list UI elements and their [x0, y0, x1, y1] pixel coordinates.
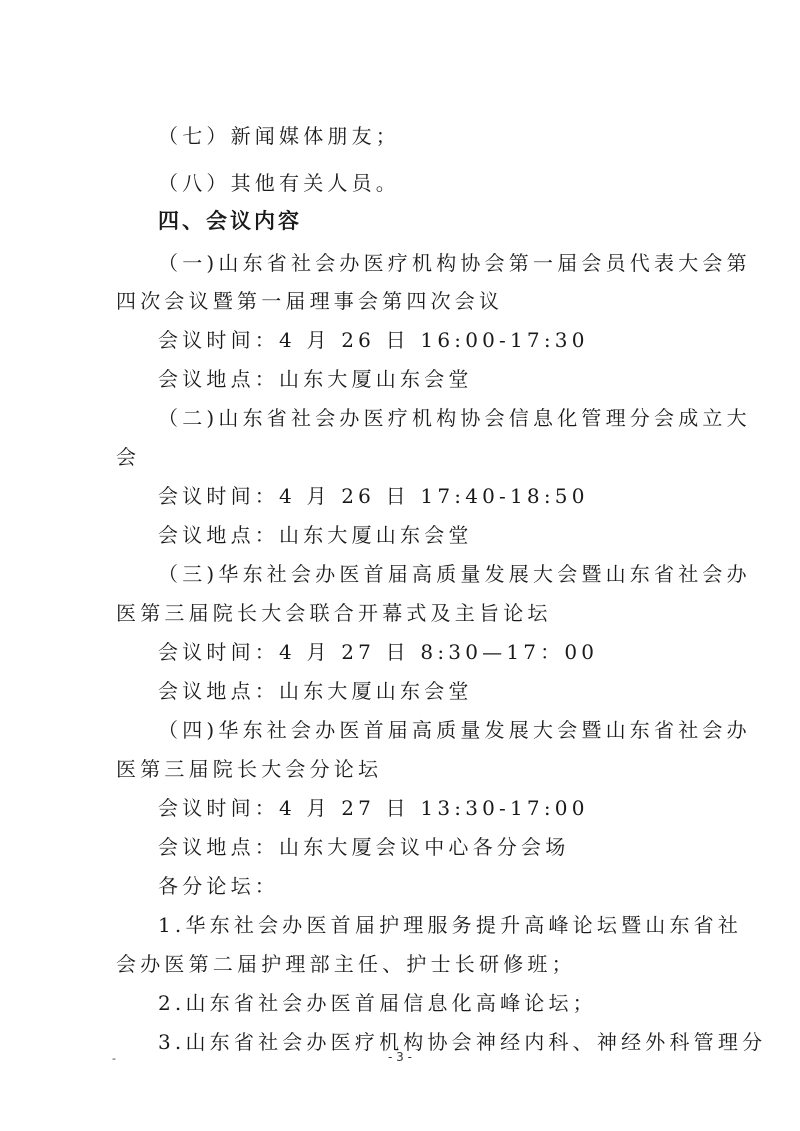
list-item-other-persons: （八）其他有关人员。	[158, 171, 400, 195]
document-page: （七）新闻媒体朋友； （八）其他有关人员。 四、会议内容 （一)山东省社会办医疗…	[0, 0, 800, 1131]
sub-forum-1-line-1: 1.华东社会办医首届护理服务提升高峰论坛暨山东省社	[158, 913, 742, 937]
meeting-3-title-line-2: 医第三届院长大会联合开幕式及主旨论坛	[116, 601, 552, 625]
meeting-2-time: 会议时间：4 月 26 日 17:40-18:50	[158, 484, 589, 508]
footer-left-mark: -	[112, 1052, 116, 1065]
meeting-4-title-line-1: （四)华东社会办医首届高质量发展大会暨山东省社会办	[158, 718, 751, 742]
meeting-4-time: 会议时间：4 月 27 日 13:30-17:00	[158, 796, 589, 820]
sub-forum-3-line-1: 3.山东省社会办医疗机构协会神经内科、神经外科管理分	[158, 1030, 766, 1054]
sub-forums-label: 各分论坛：	[158, 874, 279, 898]
meeting-1-location: 会议地点：山东大厦山东会堂	[158, 367, 473, 391]
meeting-3-title-line-1: （三)华东社会办医首届高质量发展大会暨山东省社会办	[158, 562, 751, 586]
meeting-2-title-line-1: （二)山东省社会办医疗机构协会信息化管理分会成立大	[158, 406, 751, 430]
sub-forum-1-line-2: 会办医第二届护理部主任、护士长研修班；	[116, 952, 576, 976]
meeting-1-title-line-1: （一)山东省社会办医疗机构协会第一届会员代表大会第	[158, 251, 751, 275]
meeting-3-time: 会议时间：4 月 27 日 8:30—17：00	[158, 640, 598, 664]
sub-forum-2: 2.山东省社会办医首届信息化高峰论坛；	[158, 991, 597, 1015]
meeting-2-title-line-2: 会	[116, 445, 140, 469]
meeting-4-title-line-2: 医第三届院长大会分论坛	[116, 757, 382, 781]
meeting-1-title-line-2: 四次会议暨第一届理事会第四次会议	[116, 289, 503, 313]
meeting-1-time: 会议时间：4 月 26 日 16:00-17:30	[158, 328, 589, 352]
meeting-2-location: 会议地点：山东大厦山东会堂	[158, 523, 473, 547]
meeting-4-location: 会议地点：山东大厦会议中心各分会场	[158, 835, 569, 859]
meeting-3-location: 会议地点：山东大厦山东会堂	[158, 679, 473, 703]
page-number: - 3 -	[380, 1050, 420, 1064]
list-item-media-friends: （七）新闻媒体朋友；	[158, 124, 400, 148]
section-heading-meeting-content: 四、会议内容	[158, 209, 302, 233]
